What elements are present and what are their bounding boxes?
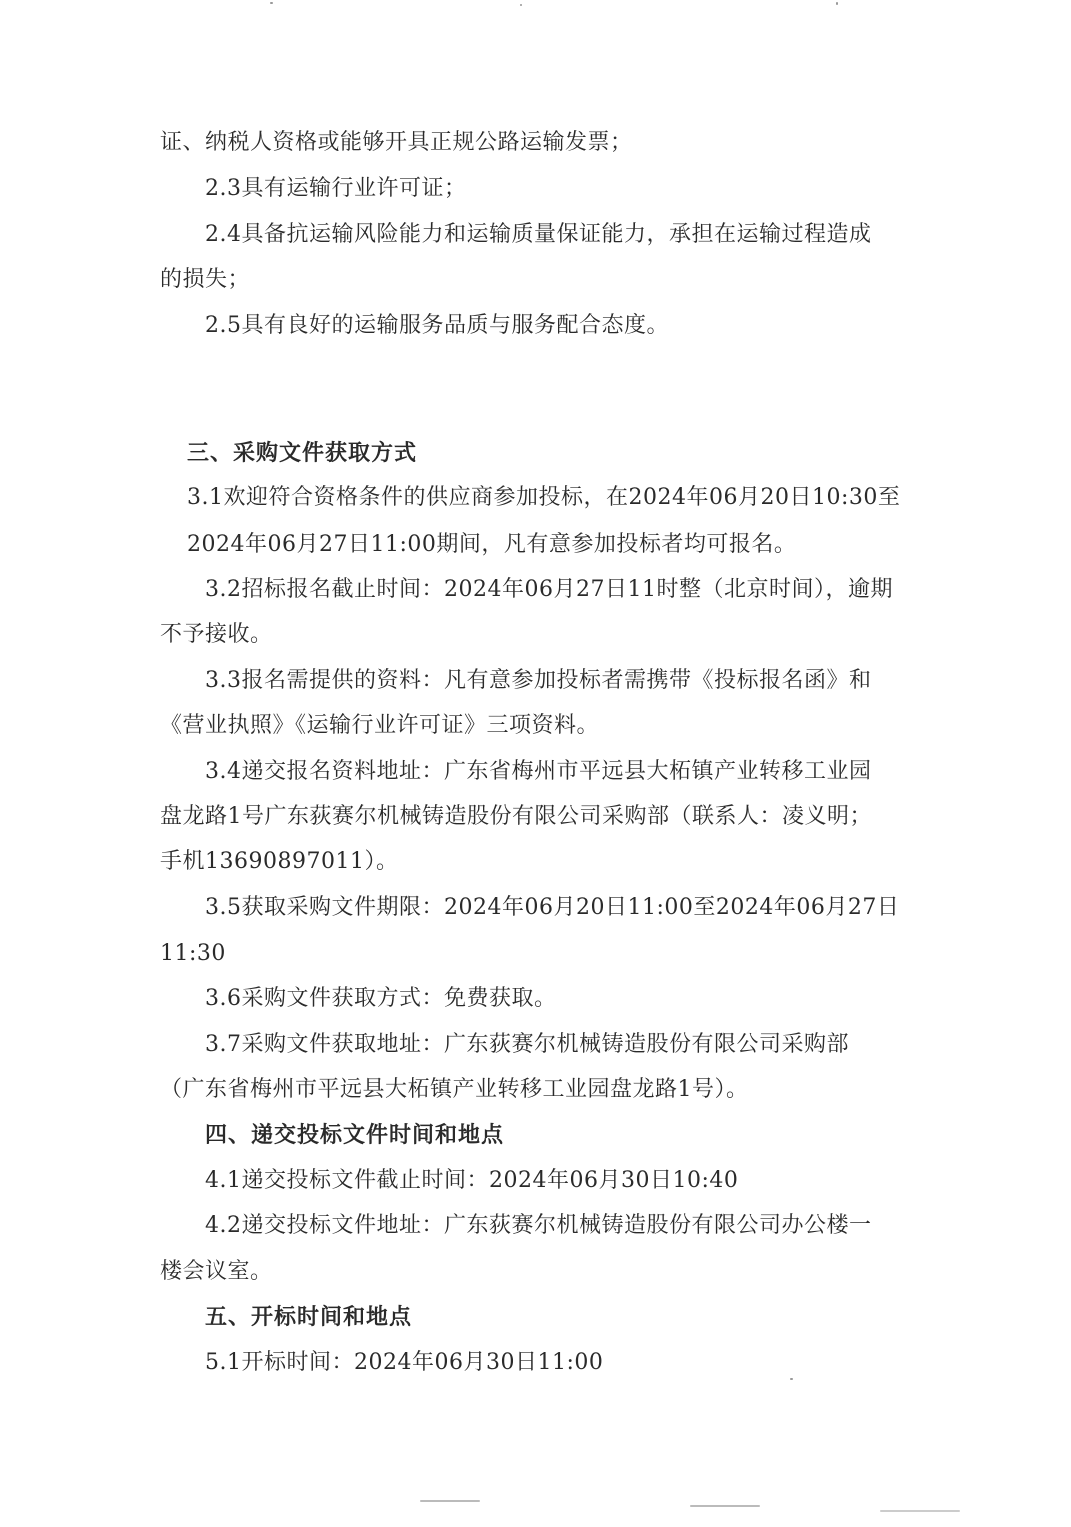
scan-speck [836, 2, 838, 5]
paragraph-3-4-line1: 3.4递交报名资料地址：广东省梅州市平远县大柘镇产业转移工业园 [205, 757, 872, 787]
paragraph-2-3: 2.3具有运输行业许可证； [205, 174, 467, 204]
paragraph-2-5: 2.5具有良好的运输服务品质与服务配合态度。 [205, 311, 669, 341]
paragraph-3-2-line2: 不予接收。 [160, 620, 273, 650]
paragraph-4-2-line2: 楼会议室。 [160, 1257, 273, 1287]
scan-speck [270, 2, 273, 4]
section-5-heading: 五、开标时间和地点 [205, 1302, 412, 1332]
scanned-document-page: 证、纳税人资格或能够开具正规公路运输发票； 2.3具有运输行业许可证； 2.4具… [0, 0, 1071, 1527]
scan-speck [520, 4, 522, 6]
paragraph-2-2-continuation: 证、纳税人资格或能够开具正规公路运输发票； [160, 128, 633, 158]
paragraph-3-5-line1: 3.5获取采购文件期限：2024年06月20日11:00至2024年06月27日 [205, 893, 899, 923]
paragraph-2-4-line2: 的损失； [160, 265, 250, 295]
section-3-heading: 三、采购文件获取方式 [187, 438, 417, 468]
scan-speck [790, 1378, 793, 1380]
paragraph-3-1-line1: 3.1欢迎符合资格条件的供应商参加投标，在2024年06月20日10:30至 [187, 483, 900, 513]
scan-speck [690, 1505, 760, 1507]
paragraph-3-7-line1: 3.7采购文件获取地址：广东荻赛尔机械铸造股份有限公司采购部 [205, 1030, 849, 1060]
paragraph-4-1: 4.1递交投标文件截止时间：2024年06月30日10:40 [205, 1166, 738, 1196]
section-4-heading: 四、递交投标文件时间和地点 [205, 1120, 504, 1150]
paragraph-3-2-line1: 3.2招标报名截止时间：2024年06月27日11时整（北京时间），逾期 [205, 575, 893, 605]
paragraph-3-6: 3.6采购文件获取方式：免费获取。 [205, 984, 557, 1014]
paragraph-3-3-line1: 3.3报名需提供的资料：凡有意参加投标者需携带《投标报名函》和 [205, 666, 872, 696]
paragraph-3-5-line2: 11:30 [160, 939, 226, 969]
paragraph-3-1-line2: 2024年06月27日11:00期间，凡有意参加投标者均可报名。 [187, 530, 796, 560]
paragraph-3-4-line2: 盘龙路1号广东荻赛尔机械铸造股份有限公司采购部（联系人：凌义明； [160, 802, 872, 832]
paragraph-5-1: 5.1开标时间：2024年06月30日11:00 [205, 1348, 603, 1378]
paragraph-3-7-line2: （广东省梅州市平远县大柘镇产业转移工业园盘龙路1号）。 [160, 1075, 749, 1105]
paragraph-2-4-line1: 2.4具备抗运输风险能力和运输质量保证能力，承担在运输过程造成 [205, 220, 872, 250]
scan-speck [420, 1500, 480, 1502]
paragraph-3-3-line2: 《营业执照》《运输行业许可证》三项资料。 [160, 711, 599, 741]
paragraph-4-2-line1: 4.2递交投标文件地址：广东荻赛尔机械铸造股份有限公司办公楼一 [205, 1211, 872, 1241]
scan-speck [880, 1510, 960, 1512]
paragraph-3-4-line3: 手机13690897011）。 [160, 847, 398, 877]
